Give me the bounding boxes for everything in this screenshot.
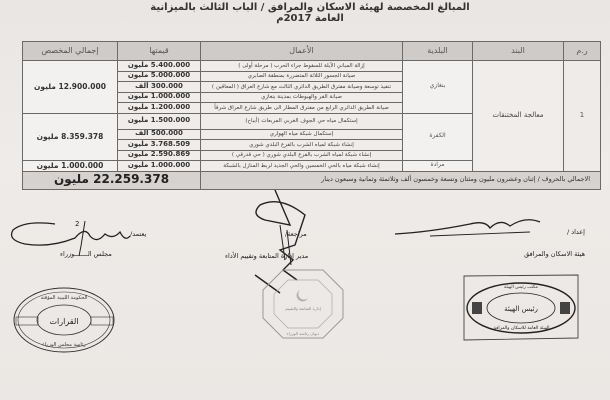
svg-text:رئاسة مجلس الوزراء: رئاسة مجلس الوزراء bbox=[42, 342, 86, 348]
work-cell: إنشاء شبكة لمياه الشرب بالفرع البلدي شور… bbox=[201, 140, 403, 151]
signature-prepared bbox=[390, 212, 545, 242]
svg-text:القرارات: القرارات bbox=[50, 317, 79, 326]
item-number: 1 bbox=[564, 61, 601, 172]
prepared-by-label: إعداد / bbox=[567, 228, 585, 236]
header-value: قيمتها bbox=[118, 42, 201, 61]
value-cell: 1.500.000 مليون bbox=[118, 113, 201, 129]
header-number: ر.م bbox=[564, 42, 601, 61]
work-cell: إنشاء شبكة مياه بالحي الخمسين والحي الجد… bbox=[201, 161, 403, 172]
municipality-marada: مرادة bbox=[403, 161, 473, 172]
svg-text:مكتب رئيس الهيئة: مكتب رئيس الهيئة bbox=[504, 284, 538, 290]
header-works: الأعمال bbox=[201, 42, 403, 61]
svg-text:الحكومة الليبية المؤقتة: الحكومة الليبية المؤقتة bbox=[41, 295, 88, 301]
value-cell: 2.590.869 مليون bbox=[118, 150, 201, 161]
work-cell: إستكمال شبكة مياه الهواري bbox=[201, 129, 403, 140]
municipality-benghazi: بنغازي bbox=[403, 61, 473, 114]
work-cell: إنشاء شبكة لمياه الشرب بالفرع البلدي شور… bbox=[201, 150, 403, 161]
work-cell: صيانة الجسور الثلاثة المتضررة بمنطقة الص… bbox=[201, 71, 403, 82]
municipality-kufra: الكفرة bbox=[403, 113, 473, 161]
svg-text:رئيس الهيئة: رئيس الهيئة bbox=[504, 305, 538, 313]
value-cell: 500.000 ألف bbox=[118, 129, 201, 140]
council-decisions-stamp: الحكومة الليبية المؤقتة القرارات رئاسة م… bbox=[12, 285, 117, 355]
value-cell: 3.768.509 مليون bbox=[118, 140, 201, 151]
header-total: إجمالي المخصص bbox=[23, 42, 118, 61]
prepared-by-title: هيئة الاسكان والمرافق bbox=[524, 250, 585, 258]
header-item: البند bbox=[473, 42, 564, 61]
work-cell: صيانة الفر والهبوطات بمدينة بنغازي bbox=[201, 92, 403, 103]
grand-total-value: 22.259.378 مليون bbox=[23, 171, 201, 189]
value-cell: 5.400.000 مليون bbox=[118, 61, 201, 72]
svg-text:إدارة المتابعة والتقييم: إدارة المتابعة والتقييم bbox=[285, 306, 320, 312]
signature-approved: 2 bbox=[5, 216, 135, 258]
svg-text:2: 2 bbox=[75, 220, 79, 228]
value-cell: 300.000 ألف bbox=[118, 82, 201, 93]
work-cell: إزالة المباني الآيلة للسقوط جراء الحرب (… bbox=[201, 61, 403, 72]
document-title: المبالغ المخصصة لهيئة الاسكان والمرافق /… bbox=[150, 2, 470, 24]
table-row: 1 معالجة المختنقات بنغازي إزالة المباني … bbox=[23, 61, 601, 72]
allocation-table: ر.م البند البلدية الأعمال قيمتها إجمالي … bbox=[22, 41, 601, 190]
value-cell: 5.000.000 مليون bbox=[118, 71, 201, 82]
svg-text:ديوان رئاسة الوزراء: ديوان رئاسة الوزراء bbox=[287, 331, 320, 336]
authority-head-stamp: مكتب رئيس الهيئة رئيس الهيئة الهيئة العا… bbox=[460, 272, 582, 342]
value-cell: 1.000.000 مليون bbox=[118, 92, 201, 103]
svg-text:الهيئة العامة للاسكان والمرافق: الهيئة العامة للاسكان والمرافق bbox=[492, 325, 549, 331]
group-total-kufra: 8.359.378 مليون bbox=[23, 113, 118, 161]
work-cell: صيانة الطريق الدائري الرابع من مفترق الم… bbox=[201, 103, 403, 114]
group-total-marada: 1.000.000 مليون bbox=[23, 161, 118, 172]
group-total-benghazi: 12.900.000 مليون bbox=[23, 61, 118, 114]
header-municipality: البلدية bbox=[403, 42, 473, 61]
followup-stamp: إدارة المتابعة والتقييم ديوان رئاسة الوز… bbox=[258, 268, 348, 340]
value-cell: 1.000.000 مليون bbox=[118, 161, 201, 172]
work-cell: إستكمال مياه حي الجوف الغربي المربعات (أ… bbox=[201, 113, 403, 129]
value-cell: 1.200.000 مليون bbox=[118, 103, 201, 114]
table-header-row: ر.م البند البلدية الأعمال قيمتها إجمالي … bbox=[23, 42, 601, 61]
work-cell: تنفيذ توسعة وصيانة مفترق الطريق الدائري … bbox=[201, 82, 403, 93]
item-name: معالجة المختنقات bbox=[473, 61, 564, 172]
